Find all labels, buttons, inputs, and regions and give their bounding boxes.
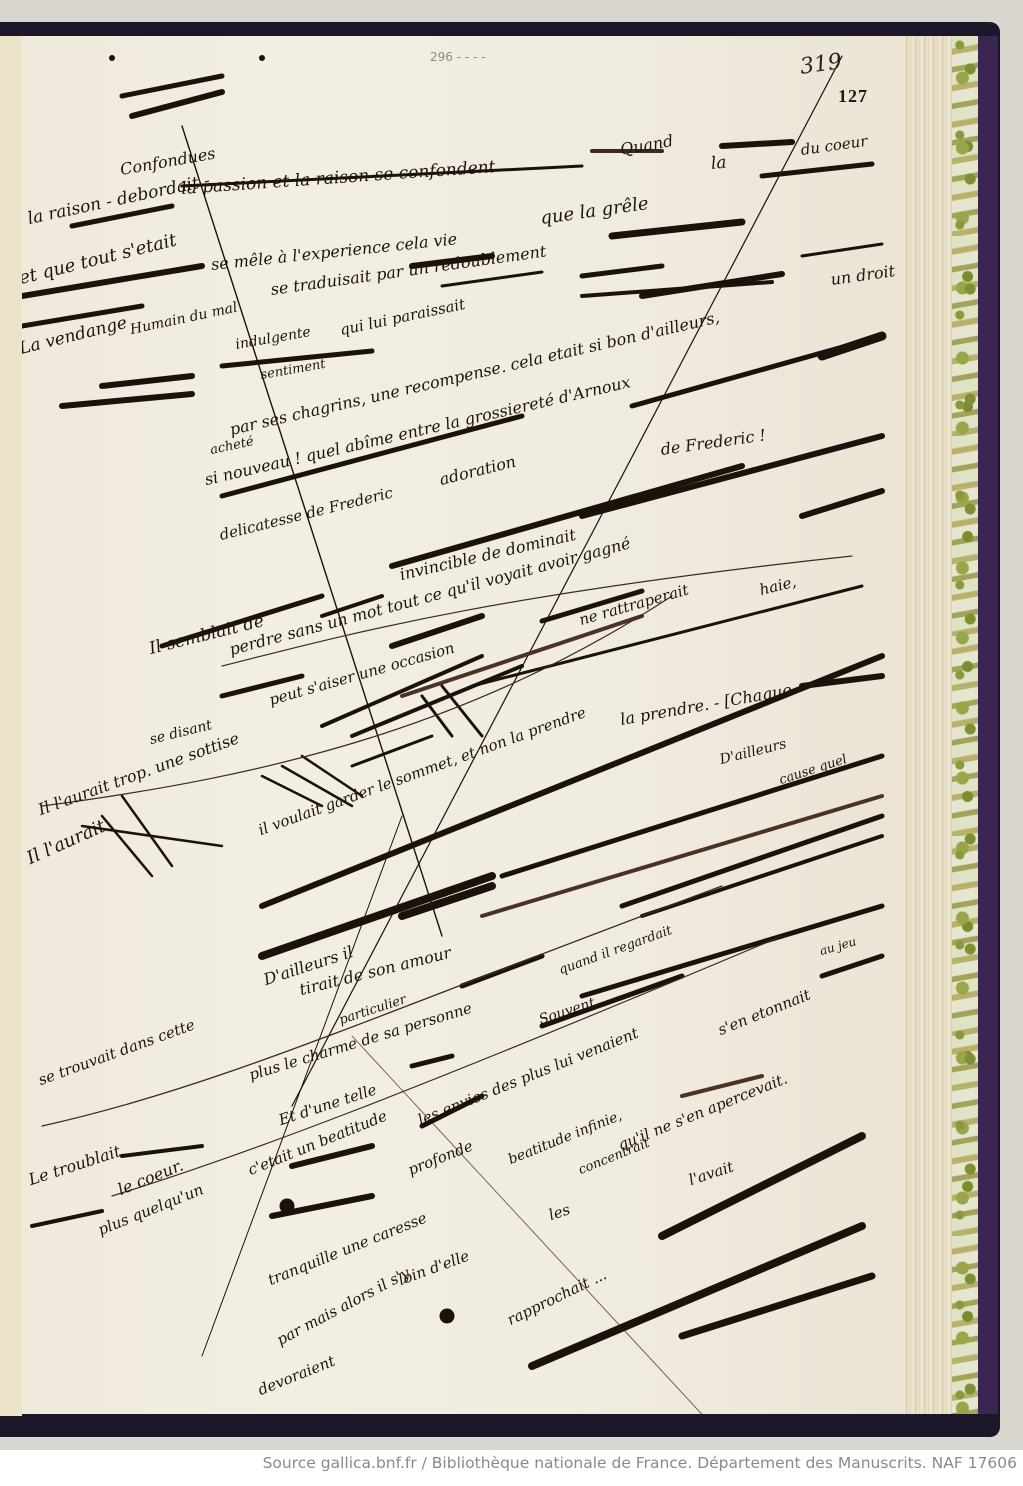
handwritten-fragment: Souvent [537,995,597,1028]
handwritten-fragment: se trouvait dans cette [36,1016,197,1089]
handwritten-fragment: Il l'aurait trop. une sottise [36,728,242,819]
handwritten-fragment: acheté [209,434,255,458]
handwritten-fragment: perdre sans un mot tout ce qu'il voyait … [227,533,632,659]
handwritten-fragment: l'avait [686,1158,735,1189]
cover-edge [978,36,998,1414]
handwritten-fragment: cause quel [777,752,849,788]
handwritten-fragment: peut s'aiser une occasion [267,639,456,709]
handwritten-fragment: au jeu [818,934,858,958]
handwritten-fragment: rapprochait ... [504,1265,609,1329]
handwritten-text-layer: la raison - debordait -Confonduesla pass… [22,36,902,1414]
handwritten-fragment: qui lui paraissait [338,295,466,339]
handwritten-fragment: loin d'elle [396,1247,472,1289]
handwritten-fragment: haie, [758,573,798,599]
handwritten-fragment: plus quelqu'un [95,1180,206,1239]
handwritten-fragment: Il l'aurait [23,816,108,869]
handwritten-fragment: la passion et la raison se confondent [181,157,496,199]
source-credit: Source gallica.bnf.fr / Bibliothèque nat… [0,1454,1017,1472]
handwritten-fragment: s'en etonnait [715,986,813,1039]
handwritten-fragment: de Frederic ! [659,425,767,459]
handwritten-fragment: ne rattraperait [577,581,691,629]
page-stack-edge [902,36,952,1414]
manuscript-scan: 296 - - - - 319 127 la raison - debordai… [0,0,1023,1450]
handwritten-fragment: la [710,152,728,174]
handwritten-fragment: Le troublait [26,1141,123,1189]
handwritten-fragment: il voulait garder le sommet, et non la p… [256,703,589,839]
handwritten-fragment: D'ailleurs [718,736,788,768]
handwritten-fragment: et que tout s'etait [22,230,179,289]
handwritten-fragment: les [546,1200,572,1224]
handwritten-fragment: La vendange [22,313,129,359]
handwritten-fragment: du coeur [799,132,868,159]
handwritten-fragment: la prendre. - [Chaque [619,680,793,729]
handwritten-fragment: delicatesse de Frederic [218,483,395,544]
facing-page-edge [0,36,22,1416]
handwritten-fragment: devoraient [255,1352,337,1399]
handwritten-fragment: c'etait un beatitude [245,1107,389,1179]
handwritten-fragment: Humain du mal [129,300,239,338]
handwritten-fragment: sentiment [259,357,326,383]
handwritten-fragment: concentrait [576,1136,652,1178]
handwritten-fragment: profonde [405,1137,475,1179]
handwritten-fragment: que la grêle [539,193,650,229]
handwritten-fragment: adoration [437,452,517,489]
handwritten-fragment: un droit [829,261,896,289]
handwritten-fragment: Quand [619,131,675,159]
handwritten-fragment: quand il regardait [557,923,674,978]
marbled-endpaper [952,36,978,1414]
handwritten-fragment: indulgente [234,324,312,353]
